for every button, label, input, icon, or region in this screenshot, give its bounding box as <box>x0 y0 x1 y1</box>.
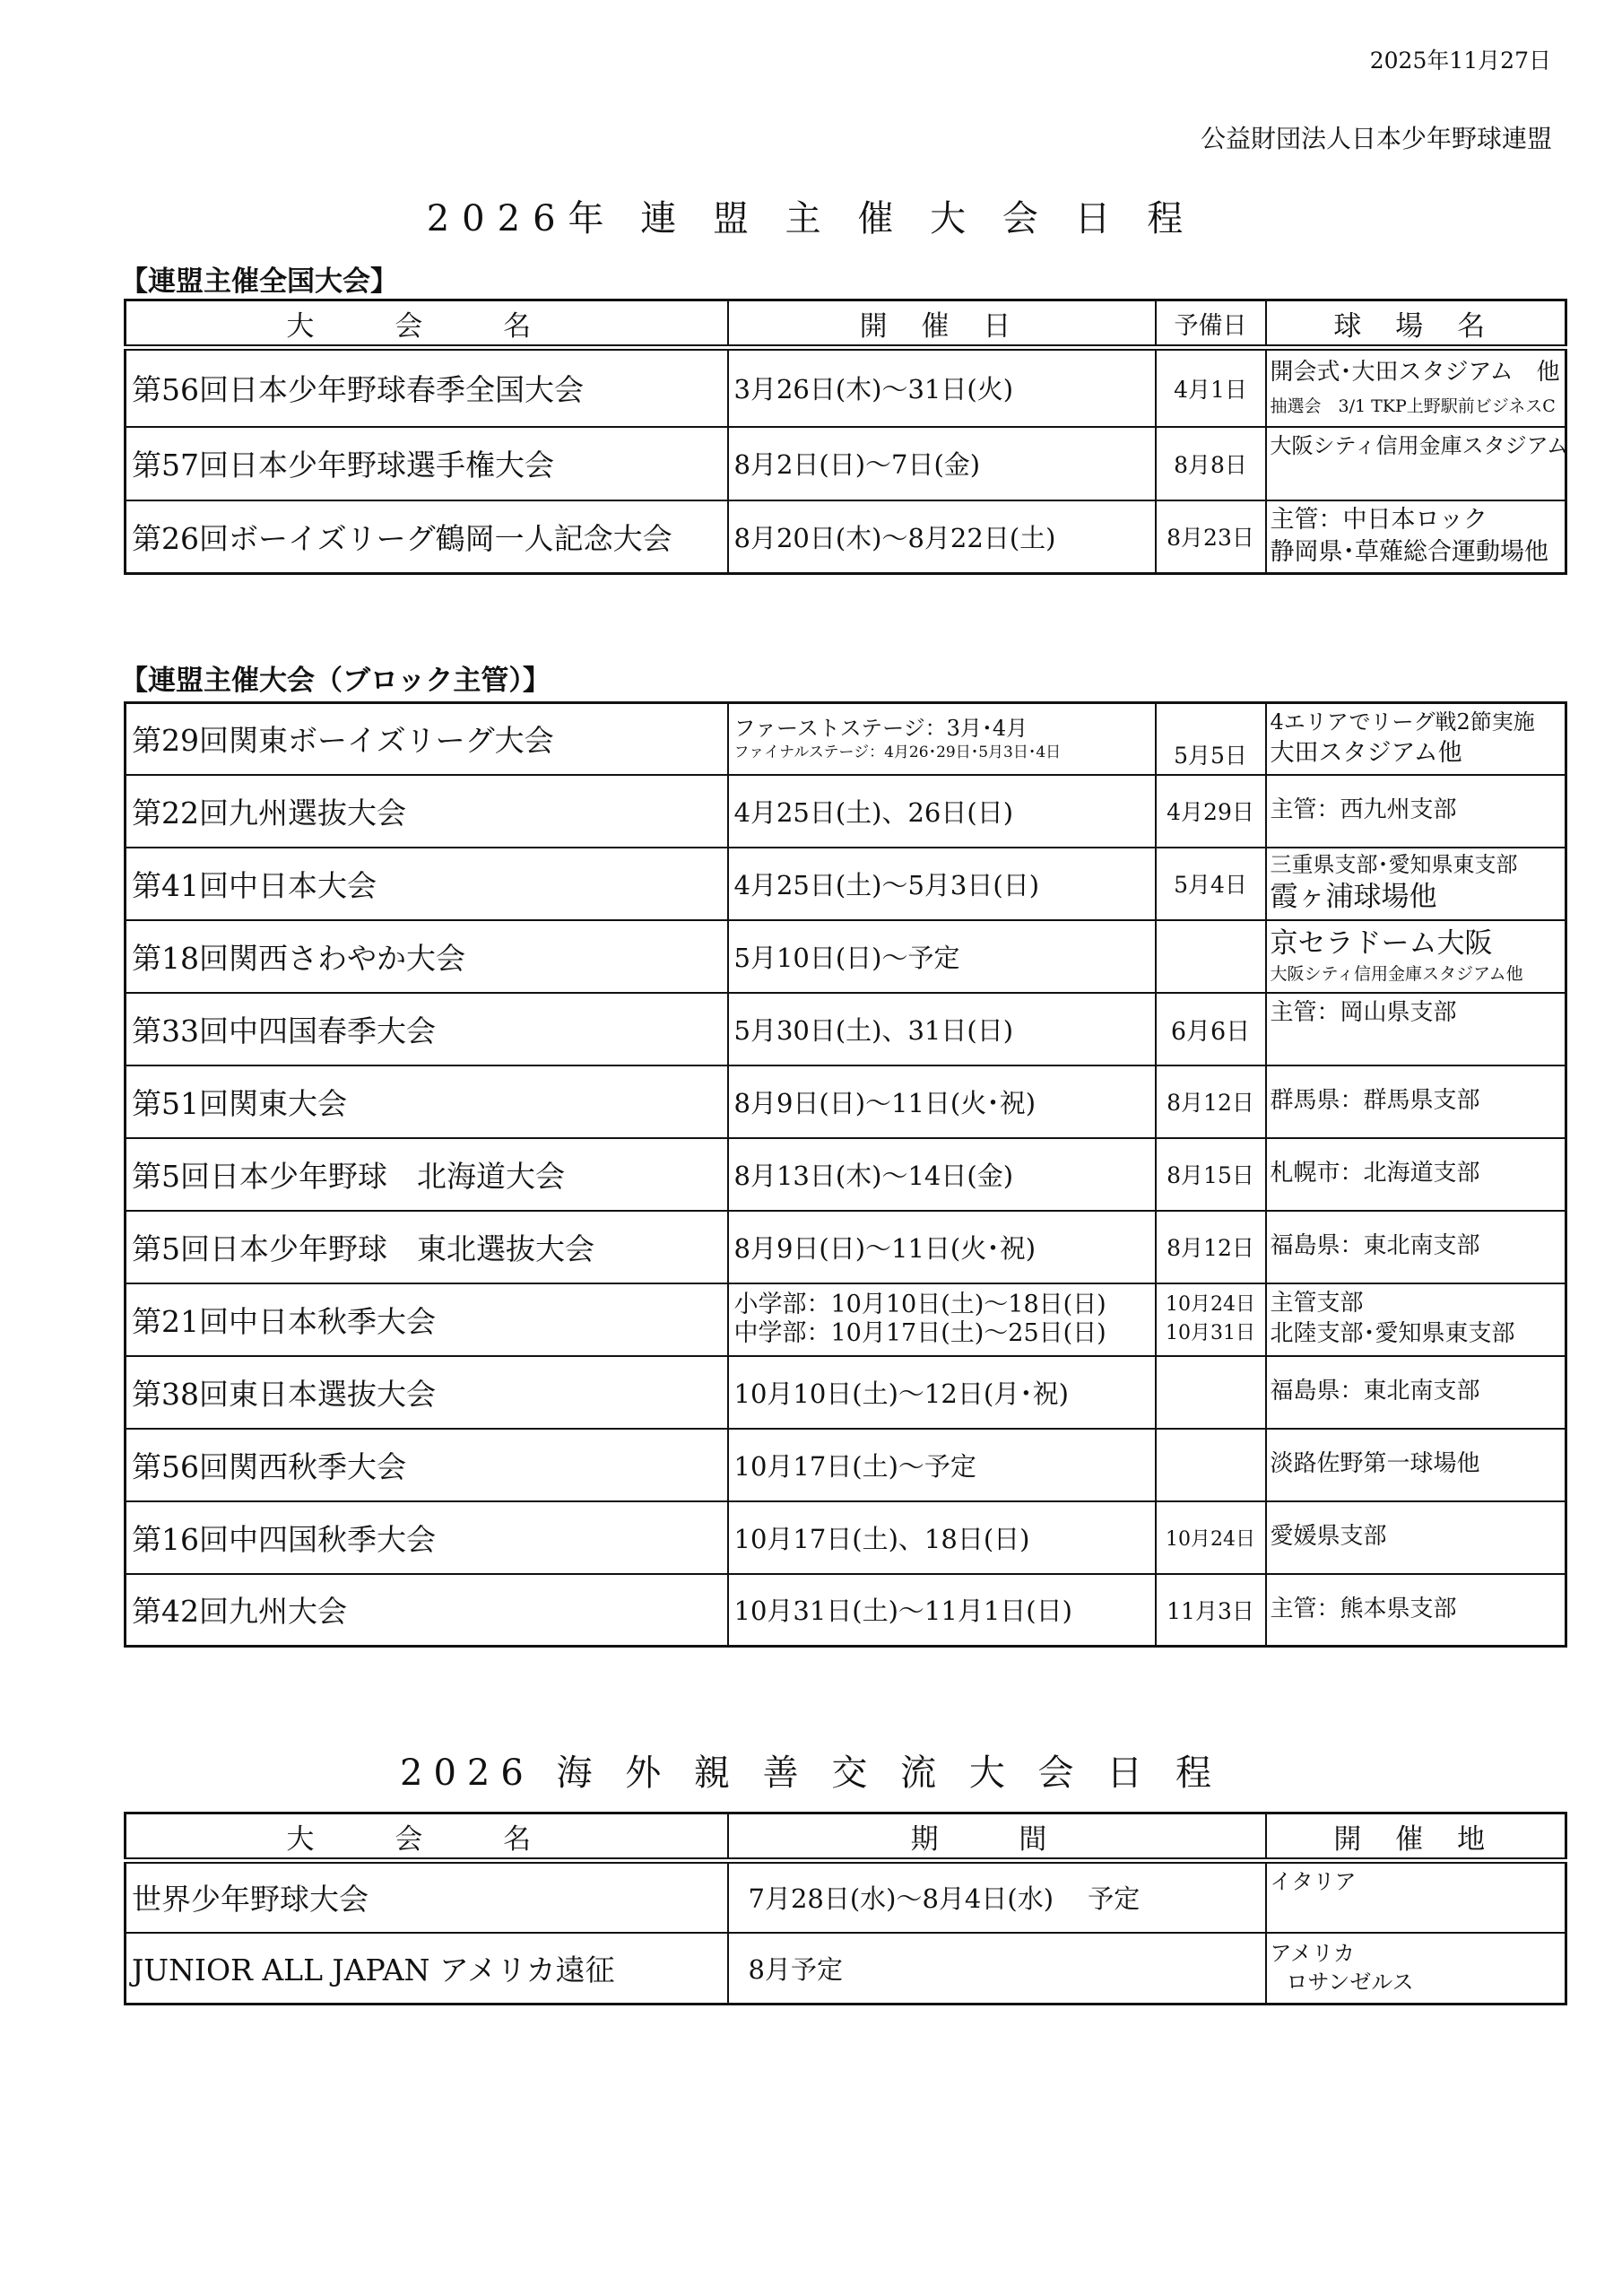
table-row: 世界少年野球大会 7月28日(水)～8月4日(水) 予定 イタリア <box>126 1861 1566 1933</box>
venue-line: 抽選会 3/1 TKP上野駅前ビジネスC <box>1271 396 1562 419</box>
table-row: 第56回日本少年野球春季全国大会 3月26日(木)～31日(火) 4月1日 開会… <box>126 348 1566 427</box>
spare-date: 10月24日 10月31日 <box>1156 1283 1266 1356</box>
tournament-name: 第5回日本少年野球 北海道大会 <box>126 1138 728 1211</box>
date-line: ファーストステージ：3月･4月 <box>734 714 1149 743</box>
table-header-row: 大 会 名 開 催 日 予備日 球 場 名 <box>126 300 1566 348</box>
spare-date: 8月8日 <box>1156 427 1266 500</box>
tournament-period: 7月28日(水)～8月4日(水) 予定 <box>728 1861 1266 1933</box>
tournament-date: 8月20日(木)～8月22日(土) <box>728 500 1156 574</box>
tournament-name: 世界少年野球大会 <box>126 1861 728 1933</box>
venue-line: 淡路佐野第一球場他 <box>1271 1448 1562 1480</box>
tournament-name: 第16回中四国秋季大会 <box>126 1501 728 1574</box>
tournament-name: JUNIOR ALL JAPAN アメリカ遠征 <box>126 1933 728 2005</box>
venue-line: 主管：西九州支部 <box>1271 795 1562 826</box>
table-row: 第26回ボーイズリーグ鶴岡一人記念大会 8月20日(木)～8月22日(土) 8月… <box>126 500 1566 574</box>
spare-date: 5月4日 <box>1156 848 1266 920</box>
tournament-name: 第56回関西秋季大会 <box>126 1429 728 1501</box>
tournament-name: 第56回日本少年野球春季全国大会 <box>126 348 728 427</box>
tournament-name: 第18回関西さわやか大会 <box>126 920 728 993</box>
table-row: 第41回中日本大会 4月25日(土)～5月3日(日) 5月4日 三重県支部･愛知… <box>126 848 1566 920</box>
overseas-tournaments-table: 大 会 名 期 間 開 催 地 世界少年野球大会 7月28日(水)～8月4日(水… <box>124 1812 1567 2005</box>
block-tournaments-table: 第29回関東ボーイズリーグ大会 ファーストステージ：3月･4月 ファイナルステー… <box>124 701 1567 1648</box>
tournament-name: 第33回中四国春季大会 <box>126 993 728 1065</box>
table-row: 第33回中四国春季大会 5月30日(土)、31日(日) 6月6日 主管：岡山県支… <box>126 993 1566 1065</box>
date-line: 中学部：10月17日(土)～25日(日) <box>734 1319 1149 1348</box>
table-row: 第22回九州選抜大会 4月25日(土)、26日(日) 4月29日 主管：西九州支… <box>126 775 1566 848</box>
tournament-date: 10月31日(土)～11月1日(日) <box>728 1574 1156 1647</box>
table-row: 第21回中日本秋季大会 小学部：10月10日(土)～18日(日) 中学部：10月… <box>126 1283 1566 1356</box>
venue-cell: 三重県支部･愛知県東支部 霞ヶ浦球場他 <box>1266 848 1566 920</box>
venue-cell: アメリカ ロサンゼルス <box>1266 1933 1566 2005</box>
table-row: 第57回日本少年野球選手権大会 8月2日(日)～7日(金) 8月8日 大阪シティ… <box>126 427 1566 500</box>
venue-cell: 札幌市：北海道支部 <box>1266 1138 1566 1211</box>
spare-date: 8月12日 <box>1156 1065 1266 1138</box>
organization-name: 公益財団法人日本少年野球連盟 <box>1201 119 1552 155</box>
tournament-name: 第38回東日本選抜大会 <box>126 1356 728 1429</box>
venue-line: 大阪シティ信用金庫スタジアム他 <box>1271 431 1562 460</box>
tournament-name: 第26回ボーイズリーグ鶴岡一人記念大会 <box>126 500 728 574</box>
venue-line: 主管：中日本ロック <box>1271 504 1562 536</box>
table-row: 第16回中四国秋季大会 10月17日(土)、18日(日) 10月24日 愛媛県支… <box>126 1501 1566 1574</box>
section-label-block: 【連盟主催大会（ブロック主管）】 <box>120 657 551 698</box>
spare-date <box>1156 920 1266 993</box>
spare-line: 10月31日 <box>1158 1319 1263 1348</box>
spare-line: 10月24日 <box>1158 1291 1263 1319</box>
venue-line: 三重県支部･愛知県東支部 <box>1271 850 1562 879</box>
venue-line: イタリア <box>1271 1867 1562 1896</box>
table-row: 第5回日本少年野球 北海道大会 8月13日(木)～14日(金) 8月15日 札幌… <box>126 1138 1566 1211</box>
tournament-name: 第21回中日本秋季大会 <box>126 1283 728 1356</box>
spare-date: 5月5日 <box>1156 703 1266 775</box>
column-header-name: 大 会 名 <box>126 300 728 348</box>
column-header-name: 大 会 名 <box>126 1813 728 1861</box>
tournament-date: 10月10日(土)～12日(月･祝) <box>728 1356 1156 1429</box>
venue-cell: 主管：熊本県支部 <box>1266 1574 1566 1647</box>
venue-cell: 福島県：東北南支部 <box>1266 1356 1566 1429</box>
tournament-name: 第42回九州大会 <box>126 1574 728 1647</box>
spare-date: 8月15日 <box>1156 1138 1266 1211</box>
venue-cell: 主管：岡山県支部 <box>1266 993 1566 1065</box>
venue-line: 開会式･大田スタジアム 他 <box>1271 357 1562 388</box>
venue-cell: 主管：西九州支部 <box>1266 775 1566 848</box>
tournament-date: 8月13日(木)～14日(金) <box>728 1138 1156 1211</box>
venue-line: アメリカ <box>1271 1939 1562 1968</box>
tournament-date: 10月17日(土)～予定 <box>728 1429 1156 1501</box>
tournament-name: 第29回関東ボーイズリーグ大会 <box>126 703 728 775</box>
column-header-location: 開 催 地 <box>1266 1813 1566 1861</box>
venue-cell: 群馬県：群馬県支部 <box>1266 1065 1566 1138</box>
venue-cell: 4エリアでリーグ戦2節実施 大田スタジアム他 <box>1266 703 1566 775</box>
venue-line: 静岡県･草薙総合運動場他 <box>1271 536 1562 569</box>
tournament-name: 第57回日本少年野球選手権大会 <box>126 427 728 500</box>
spare-date: 8月23日 <box>1156 500 1266 574</box>
venue-line: 大阪シティ信用金庫スタジアム他 <box>1271 963 1562 987</box>
table-row: 第56回関西秋季大会 10月17日(土)～予定 淡路佐野第一球場他 <box>126 1429 1566 1501</box>
tournament-date: 小学部：10月10日(土)～18日(日) 中学部：10月17日(土)～25日(日… <box>728 1283 1156 1356</box>
venue-cell: 愛媛県支部 <box>1266 1501 1566 1574</box>
spare-date: 6月6日 <box>1156 993 1266 1065</box>
venue-line: 京セラドーム大阪 <box>1271 926 1562 963</box>
table-row: 第51回関東大会 8月9日(日)～11日(火･祝) 8月12日 群馬県：群馬県支… <box>126 1065 1566 1138</box>
venue-cell: 淡路佐野第一球場他 <box>1266 1429 1566 1501</box>
table-row: JUNIOR ALL JAPAN アメリカ遠征 8月予定 アメリカ ロサンゼルス <box>126 1933 1566 2005</box>
venue-cell: 主管支部 北陸支部･愛知県東支部 <box>1266 1283 1566 1356</box>
venue-line: 福島県：東北南支部 <box>1271 1231 1562 1262</box>
national-tournaments-table: 大 会 名 開 催 日 予備日 球 場 名 第56回日本少年野球春季全国大会 3… <box>124 299 1567 575</box>
venue-line: 主管支部 <box>1271 1289 1562 1319</box>
venue-line: 北陸支部･愛知県東支部 <box>1271 1319 1562 1350</box>
date-line: 小学部：10月10日(土)～18日(日) <box>734 1291 1149 1319</box>
spare-date: 10月24日 <box>1156 1501 1266 1574</box>
venue-line: 愛媛県支部 <box>1271 1521 1562 1552</box>
venue-line: 主管：熊本県支部 <box>1271 1594 1562 1625</box>
tournament-date: 10月17日(土)、18日(日) <box>728 1501 1156 1574</box>
tournament-date: 8月2日(日)～7日(金) <box>728 427 1156 500</box>
page-title: 2026年 連 盟 主 催 大 会 日 程 <box>0 190 1622 241</box>
column-header-spare: 予備日 <box>1156 300 1266 348</box>
venue-cell: 開会式･大田スタジアム 他 抽選会 3/1 TKP上野駅前ビジネスC <box>1266 348 1566 427</box>
tournament-date: 4月25日(土)、26日(日) <box>728 775 1156 848</box>
table-row: 第18回関西さわやか大会 5月10日(日)～予定 京セラドーム大阪 大阪シティ信… <box>126 920 1566 993</box>
spare-date <box>1156 1429 1266 1501</box>
venue-line: 大田スタジアム他 <box>1271 737 1562 770</box>
spare-date: 4月1日 <box>1156 348 1266 427</box>
tournament-name: 第41回中日本大会 <box>126 848 728 920</box>
column-header-date: 開 催 日 <box>728 300 1156 348</box>
tournament-date: 4月25日(土)～5月3日(日) <box>728 848 1156 920</box>
table-row: 第42回九州大会 10月31日(土)～11月1日(日) 11月3日 主管：熊本県… <box>126 1574 1566 1647</box>
date-line: ファイナルステージ：4月26･29日･5月3日･4日 <box>734 743 1149 763</box>
table-row: 第5回日本少年野球 東北選抜大会 8月9日(日)～11日(火･祝) 8月12日 … <box>126 1211 1566 1283</box>
spare-date: 4月29日 <box>1156 775 1266 848</box>
column-header-venue: 球 場 名 <box>1266 300 1566 348</box>
venue-line: 主管：岡山県支部 <box>1271 997 1562 1029</box>
tournament-name: 第5回日本少年野球 東北選抜大会 <box>126 1211 728 1283</box>
tournament-date: 8月9日(日)～11日(火･祝) <box>728 1211 1156 1283</box>
column-header-period: 期 間 <box>728 1813 1266 1861</box>
tournament-date: 5月30日(土)、31日(日) <box>728 993 1156 1065</box>
table-row: 第29回関東ボーイズリーグ大会 ファーストステージ：3月･4月 ファイナルステー… <box>126 703 1566 775</box>
venue-line: 霞ヶ浦球場他 <box>1271 879 1562 917</box>
tournament-date: 8月9日(日)～11日(火･祝) <box>728 1065 1156 1138</box>
venue-line: 群馬県：群馬県支部 <box>1271 1085 1562 1117</box>
tournament-period: 8月予定 <box>728 1933 1266 2005</box>
venue-line: ロサンゼルス <box>1271 1968 1562 1996</box>
venue-line: 福島県：東北南支部 <box>1271 1376 1562 1407</box>
venue-line: 4エリアでリーグ戦2節実施 <box>1271 708 1562 736</box>
spare-date <box>1156 1356 1266 1429</box>
table-header-row: 大 会 名 期 間 開 催 地 <box>126 1813 1566 1861</box>
spare-date: 8月12日 <box>1156 1211 1266 1283</box>
tournament-date: 3月26日(木)～31日(火) <box>728 348 1156 427</box>
venue-cell: 大阪シティ信用金庫スタジアム他 <box>1266 427 1566 500</box>
venue-cell: 福島県：東北南支部 <box>1266 1211 1566 1283</box>
spare-date: 11月3日 <box>1156 1574 1266 1647</box>
venue-cell: 主管：中日本ロック 静岡県･草薙総合運動場他 <box>1266 500 1566 574</box>
venue-line: 札幌市：北海道支部 <box>1271 1158 1562 1189</box>
overseas-title: 2026 海 外 親 善 交 流 大 会 日 程 <box>0 1744 1622 1796</box>
document-date: 2025年11月27日 <box>1370 43 1551 75</box>
venue-cell: イタリア <box>1266 1861 1566 1933</box>
tournament-date: 5月10日(日)～予定 <box>728 920 1156 993</box>
venue-cell: 京セラドーム大阪 大阪シティ信用金庫スタジアム他 <box>1266 920 1566 993</box>
section-label-national: 【連盟主催全国大会】 <box>120 258 398 299</box>
tournament-name: 第51回関東大会 <box>126 1065 728 1138</box>
tournament-date: ファーストステージ：3月･4月 ファイナルステージ：4月26･29日･5月3日･… <box>728 703 1156 775</box>
table-row: 第38回東日本選抜大会 10月10日(土)～12日(月･祝) 福島県：東北南支部 <box>126 1356 1566 1429</box>
tournament-name: 第22回九州選抜大会 <box>126 775 728 848</box>
